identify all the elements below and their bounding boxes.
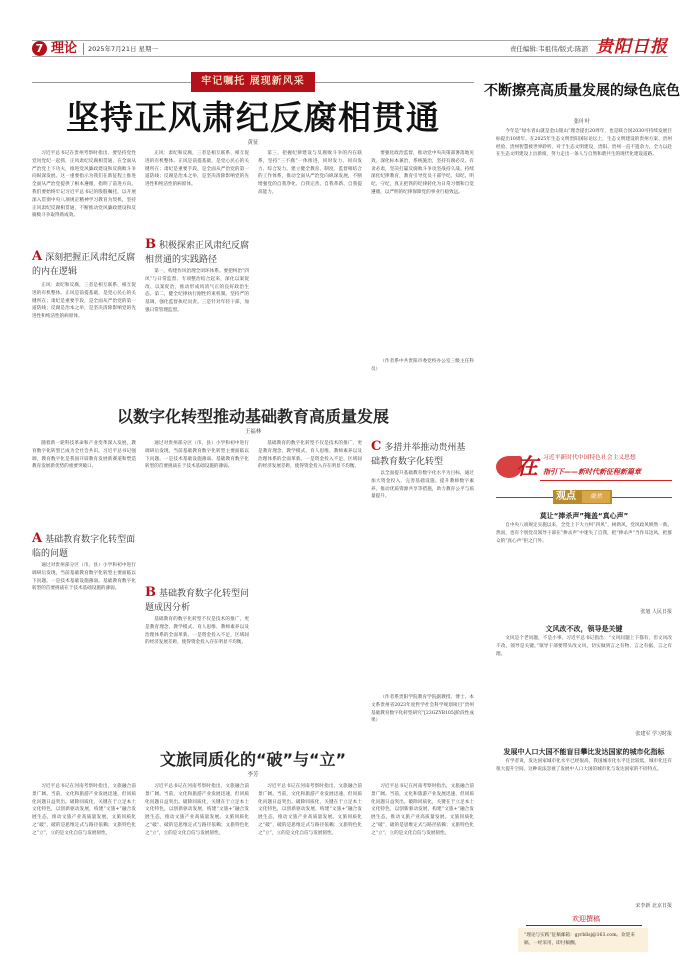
section-letter: A [32,531,42,546]
education-subhead-c: C多措并举推动贵州基础教育数字化转型 [371,440,474,469]
education-col2-text: 通过对贵州部分区（市、县）小学和初中进行调研后发现，当前基础教育数字化转型主要面… [145,440,249,574]
tourism-col2-text: 习近平总书记在河南考察时指出，文旅融合前景广阔。当前，文化和旅游产业发展迅速，但… [145,783,249,933]
education-col3-text: 基础教育的数字化转型不仅是技术的推广，更是教育理念、教学模式、育人思维、教师素养… [258,440,362,724]
lead-byline: 黄征 [32,139,474,147]
lead-col2-text: 正风：肃纪和反腐，三者是相互联系、相互促进的有机整体。正风是前提基础，是党心民心… [145,150,249,236]
contribution-text: “理论与实践”征稿邮箱：gyrbllsj@163.com。欢迎来稿，一经采用，即… [524,933,635,946]
right-headline[interactable]: 不断擦亮高质量发展的绿色底色 [484,82,680,100]
education-section-b-text: 基础教育的数字化转型不仅是技术的推广，更是教育理念、教学模式、育人思维、教师素养… [145,616,249,724]
editor-credit: 责任编辑:韦祖伟/版式:陈諮 [510,44,588,55]
tourism-col4-text: 习近平总书记在河南考察时指出，文旅融合前景广阔。当前，文化和旅游产业发展迅速，但… [371,783,474,909]
section-letter: A [32,249,42,264]
lead-headline[interactable]: 坚持正风肃纪反腐相贯通 [32,97,474,139]
contribution-title: 欢迎撰稿 [530,914,642,924]
lead-col3-text: 第三，把握纪律建设与反腐败斗争的内在联系，坚持“三不腐”一体推进，同时发力、同向… [258,150,362,386]
guandian-tag: 观点 聚焦 [553,490,612,504]
lead-author-note: （作者系中共贵阳市委党校办公室三级主任科员） [371,358,474,386]
opinion-title[interactable]: 莫让“捧杀声”掩盖“真心声” [496,511,672,521]
banner-char: 在 [516,454,538,480]
section-letter: B [145,585,156,600]
masthead-logo: 贵阳日报 [596,36,668,58]
page-header: 7 理论 2025年7月21日 星期一 责任编辑:韦祖伟/版式:陈諮 贵阳日报 [32,40,668,57]
page-number: 7 [32,41,47,56]
education-byline: 王福林 [32,428,474,436]
education-intro: 随着新一轮科技革命和产业变革深入发展，教育数字化转型已成为全社会共识。习近平总书… [32,440,136,530]
banner-line1: 习近平新时代中国特色社会主义思想 [543,454,636,463]
right-byline: 张叶叶 [484,118,680,126]
opinion-source: 张建军 学习时报 [496,730,672,738]
divider [83,43,84,55]
section-name: 理论 [51,40,77,57]
opinion-title[interactable]: 发展中人口大国不能盲目攀比发达国家的城市化指标 [496,747,672,757]
contribution-box: “理论与实践”征稿邮箱：gyrbllsj@163.com。欢迎来稿，一经采用，即… [518,928,648,952]
lead-subhead-a: A深刻把握正风肃纪反腐的内在逻辑 [32,250,136,279]
education-author-note: （作者系贵阳学院教育学院副教授、博士。本文系贵州省2023年度哲学社会科学规划项… [371,694,474,726]
lead-section-b-text: 第一，构建作风治理全闭环体系。要把纠治“四风”与日常监督、专项整治结合起来，深化… [145,268,249,386]
section-letter: B [145,237,156,252]
education-section-a-text: 通过对贵州部分区（市、县）小学和初中进行调研后发现，当前基础教育数字化转型主要面… [32,562,136,724]
lead-section-a-text: 正风：肃纪和反腐，三者是相互联系、相互促进的有机整体。正风是前提基础，是党心民心… [32,282,136,386]
opinion-source: 宋李新 北京日报 [496,902,672,910]
lead-intro: 习近平总书记在贵州考察时指出，要坚持党性党风党纪一起抓，正风肃纪反腐相贯通，在全… [32,150,136,248]
education-subhead-b: B基础教育数字化转型问题成因分析 [145,586,249,615]
kicker-banner: 牢记嘱托 展现新风采 [191,72,315,92]
education-subhead-a: A基础教育数字化转型面临的问题 [32,532,136,561]
opinion-source: 张旭 人民日报 [496,608,672,616]
tourism-byline: 李芳 [32,771,474,779]
right-body-text: 今年是“绿水青山就是金山银山”理念提出20周年，也是联合国2030可持续发展目标… [496,128,672,446]
opinion-text: 自中央八项规定实施以来，全党上下大力纠“四风”，树新风，党风政风焕然一新。然而，… [496,522,672,608]
issue-date: 2025年7月21日 星期一 [88,44,158,55]
opinion-title[interactable]: 文风改不改，领导是关键 [496,624,672,634]
banner-line2: 指引下——新时代新征程新篇章 [543,467,641,477]
tourism-col1-text: 习近平总书记在河南考察时指出，文旅融合前景广阔。当前，文化和旅游产业发展迅速，但… [32,783,136,933]
divider [540,480,672,481]
opinion-text: 文风是个老问题，不是小事。习近平总书记指出：“文风问题上下都有，但文风改不改，领… [496,635,672,729]
section-letter: C [371,439,381,454]
education-headline[interactable]: 以数字化转型推动基础教育高质量发展 [32,407,474,427]
opinion-text: 有学者说，发达国家城市化水平已经很高，我国城市化水平还比较低，城市化还有很大提升… [496,758,672,904]
tourism-headline[interactable]: 文旅同质化的“破”与“立” [32,750,474,770]
tourism-col3-text: 习近平总书记在河南考察时指出，文旅融合前景广阔。当前，文化和旅游产业发展迅速，但… [258,783,362,933]
divider [526,925,642,926]
lead-col4-text: 要强化政治监督，推动党中央决策部署落地见效。深化标本兼治，系统施治，坚持有腐必反… [371,150,474,356]
lead-subhead-b: B积极探索正风肃纪反腐相贯通的实践路径 [145,238,249,267]
education-section-c-text: 以全面提升基础教育数字化水平为目标，通过加大资金投入、完善基础设施、提升教师数字… [371,470,474,692]
theory-banner: 在 习近平新时代中国特色社会主义思想 指引下——新时代新征程新篇章 [496,452,672,482]
